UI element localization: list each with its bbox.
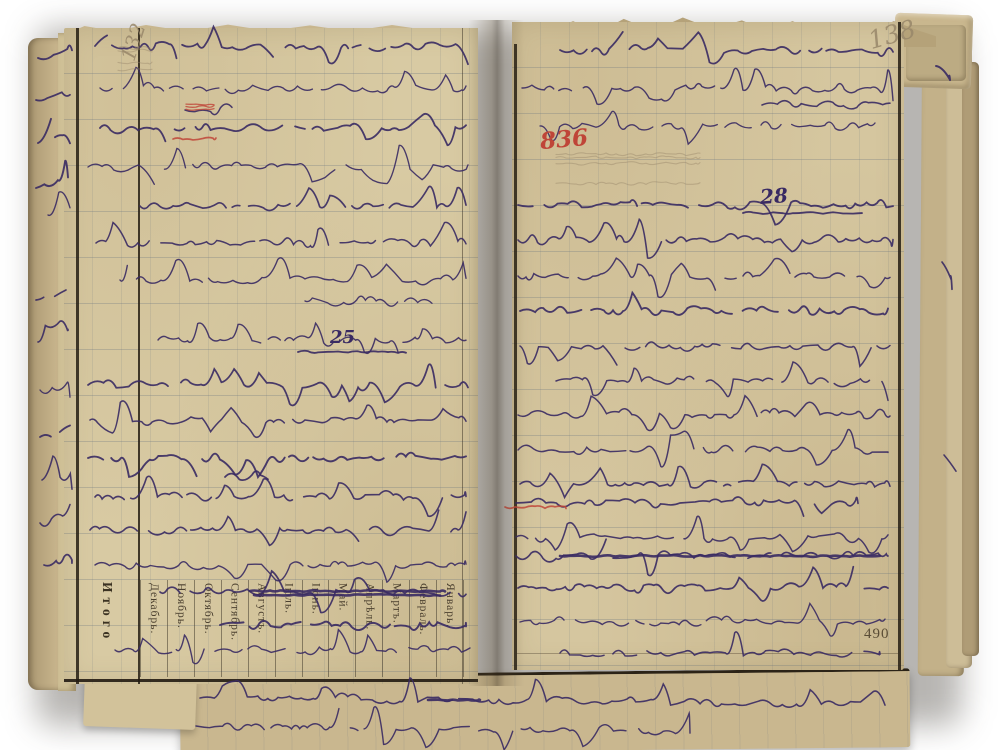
printed-folio-number: 490 bbox=[864, 626, 890, 643]
notebook-photo: Итого Декабрь. Ноябрь. Октябрь. Сентябрь… bbox=[0, 0, 1000, 750]
red-folio-number: 836 bbox=[539, 124, 589, 155]
inline-number-25: 25 bbox=[330, 327, 355, 348]
right-page: 490 bbox=[512, 22, 904, 670]
inline-number-28: 28 bbox=[759, 183, 788, 209]
month-column-label: Апрѣль. bbox=[363, 580, 375, 677]
ledger-rule bbox=[898, 22, 901, 670]
ledger-bottom-border bbox=[64, 679, 478, 683]
ledger-rule bbox=[516, 653, 898, 655]
month-column-label: Мартъ. bbox=[390, 580, 402, 677]
total-column-label: Итого bbox=[99, 582, 115, 676]
page-edges-right bbox=[962, 62, 979, 656]
month-column-label: Сентябрь. bbox=[229, 580, 241, 677]
left-page: Итого Декабрь. Ноябрь. Октябрь. Сентябрь… bbox=[64, 28, 478, 684]
ledger-rule bbox=[514, 44, 517, 670]
month-column-label: Августъ. bbox=[256, 580, 268, 677]
total-column: Итого bbox=[78, 582, 136, 676]
month-column-label: Іюнь. bbox=[309, 580, 321, 677]
month-column-label: Январь. bbox=[444, 580, 456, 677]
month-column-label: Ноябрь. bbox=[175, 580, 187, 677]
month-column-label: Октябрь. bbox=[202, 580, 214, 677]
month-columns: Декабрь. Ноябрь. Октябрь. Сентябрь. Авгу… bbox=[140, 580, 464, 677]
month-column-label: Февраль. bbox=[417, 580, 429, 677]
month-column-label: Іюль. bbox=[283, 580, 295, 677]
month-column-label: Май. bbox=[336, 580, 348, 677]
month-column-label: Декабрь. bbox=[148, 580, 160, 677]
